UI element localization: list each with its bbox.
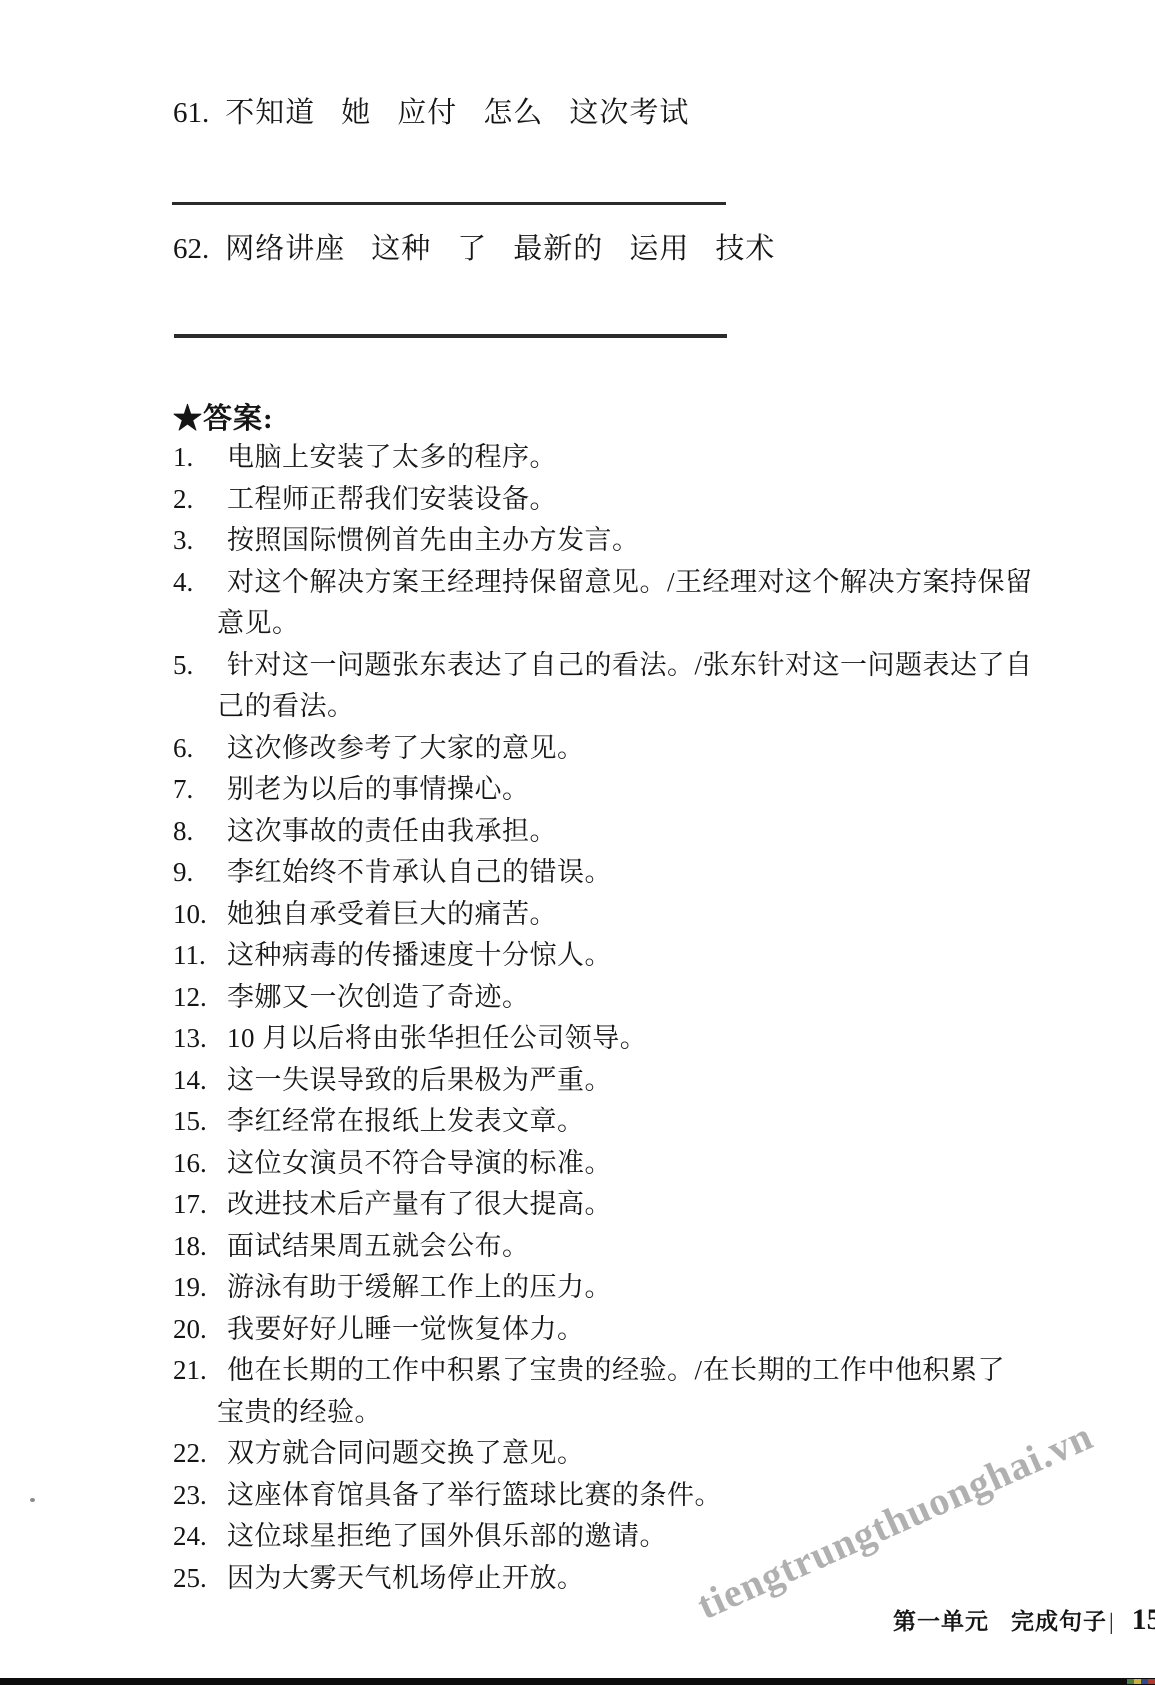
answer-text: 这位女演员不符合导演的标准。 — [227, 1148, 612, 1178]
answer-item: 12.李娜又一次创造了奇迹。 — [173, 977, 1133, 1019]
answer-line: 18.面试结果周五就会公布。 — [173, 1226, 1133, 1268]
answer-text: 这座体育馆具备了举行篮球比赛的条件。 — [227, 1480, 722, 1510]
answer-line: 8.这次事故的责任由我承担。 — [173, 811, 1133, 853]
answer-text: 针对这一问题张东表达了自己的看法。/张东针对这一问题表达了自 — [227, 650, 1033, 680]
answer-number: 2. — [173, 479, 227, 521]
exercise-number: 62. — [173, 233, 209, 266]
answer-line: 3.按照国际惯例首先由主办方发言。 — [173, 520, 1133, 562]
answer-line: 9.李红始终不肯承认自己的错误。 — [173, 852, 1133, 894]
page-footer: 第一单元 完成句子 | 15 — [893, 1603, 1155, 1637]
answer-text: 这次事故的责任由我承担。 — [227, 816, 557, 846]
exercise-item: 62.网络讲座这种了最新的运用技术 — [173, 226, 775, 267]
exercise-word: 技术 — [715, 226, 775, 267]
footer-section-label: 完成句子 — [1011, 1603, 1107, 1636]
answer-line: 17.改进技术后产量有了很大提高。 — [173, 1184, 1133, 1226]
answer-blank-line — [174, 334, 727, 338]
answers-header: ★答案: — [173, 396, 274, 437]
answer-item: 8.这次事故的责任由我承担。 — [173, 811, 1133, 853]
answer-line: 4.对这个解决方案王经理持保留意见。/王经理对这个解决方案持保留 — [173, 562, 1133, 604]
answer-item: 4.对这个解决方案王经理持保留意见。/王经理对这个解决方案持保留意见。 — [173, 562, 1133, 645]
answer-text: 游泳有助于缓解工作上的压力。 — [227, 1272, 612, 1302]
answer-item: 21.他在长期的工作中积累了宝贵的经验。/在长期的工作中他积累了宝贵的经验。 — [173, 1350, 1133, 1433]
answer-item: 6.这次修改参考了大家的意见。 — [173, 728, 1133, 770]
answer-number: 15. — [173, 1101, 227, 1143]
answer-item: 13.10 月以后将由张华担任公司领导。 — [173, 1018, 1133, 1060]
answer-text: 李红始终不肯承认自己的错误。 — [227, 857, 612, 887]
answer-item: 14.这一失误导致的后果极为严重。 — [173, 1060, 1133, 1102]
answer-item: 2.工程师正帮我们安装设备。 — [173, 479, 1133, 521]
answer-continuation-line: 意见。 — [173, 603, 1133, 645]
answer-line: 22.双方就合同问题交换了意见。 — [173, 1433, 1133, 1475]
answer-text: 电脑上安装了太多的程序。 — [227, 442, 557, 472]
answer-number: 16. — [173, 1143, 227, 1185]
answer-text: 工程师正帮我们安装设备。 — [227, 484, 557, 514]
exercise-word: 不知道 — [225, 90, 315, 131]
answer-text: 按照国际惯例首先由主办方发言。 — [227, 525, 640, 555]
answer-line: 14.这一失误导致的后果极为严重。 — [173, 1060, 1133, 1102]
page-number: 15 — [1132, 1603, 1155, 1637]
exercise-number: 61. — [173, 97, 209, 130]
answer-text: 这种病毒的传播速度十分惊人。 — [227, 940, 612, 970]
answer-line: 1.电脑上安装了太多的程序。 — [173, 437, 1133, 479]
answer-item: 3.按照国际惯例首先由主办方发言。 — [173, 520, 1133, 562]
answer-line: 20.我要好好儿睡一觉恢复体力。 — [173, 1309, 1133, 1351]
answer-text: 10 月以后将由张华担任公司领导。 — [227, 1023, 647, 1053]
answer-item: 23.这座体育馆具备了举行篮球比赛的条件。 — [173, 1475, 1133, 1517]
exercise-word: 网络讲座 — [225, 226, 345, 267]
answer-number: 11. — [173, 935, 227, 977]
answer-number: 20. — [173, 1309, 227, 1351]
answer-line: 11.这种病毒的传播速度十分惊人。 — [173, 935, 1133, 977]
answer-list: 1.电脑上安装了太多的程序。2.工程师正帮我们安装设备。3.按照国际惯例首先由主… — [173, 437, 1133, 1599]
answer-number: 24. — [173, 1516, 227, 1558]
answer-item: 22.双方就合同问题交换了意见。 — [173, 1433, 1133, 1475]
answer-line: 25.因为大雾天气机场停止开放。 — [173, 1558, 1133, 1600]
exercise-word: 了 — [457, 226, 487, 267]
answer-number: 9. — [173, 852, 227, 894]
answer-item: 18.面试结果周五就会公布。 — [173, 1226, 1133, 1268]
answer-number: 3. — [173, 520, 227, 562]
answer-item: 17.改进技术后产量有了很大提高。 — [173, 1184, 1133, 1226]
answer-number: 1. — [173, 437, 227, 479]
answer-text: 面试结果周五就会公布。 — [227, 1231, 530, 1261]
answer-text: 我要好好儿睡一觉恢复体力。 — [227, 1314, 585, 1344]
answer-number: 10. — [173, 894, 227, 936]
answer-line: 16.这位女演员不符合导演的标准。 — [173, 1143, 1133, 1185]
answer-item: 16.这位女演员不符合导演的标准。 — [173, 1143, 1133, 1185]
exercise-word: 怎么 — [483, 90, 543, 131]
footer-divider: | — [1109, 1609, 1114, 1635]
answer-text: 双方就合同问题交换了意见。 — [227, 1438, 585, 1468]
answer-line: 12.李娜又一次创造了奇迹。 — [173, 977, 1133, 1019]
answer-number: 23. — [173, 1475, 227, 1517]
answer-line: 13.10 月以后将由张华担任公司领导。 — [173, 1018, 1133, 1060]
answer-number: 8. — [173, 811, 227, 853]
answer-line: 6.这次修改参考了大家的意见。 — [173, 728, 1133, 770]
scan-color-artifact — [1127, 1679, 1155, 1684]
scan-bottom-bar — [0, 1678, 1155, 1685]
answer-number: 25. — [173, 1558, 227, 1600]
answer-text: 这位球星拒绝了国外俱乐部的邀请。 — [227, 1521, 667, 1551]
exercise-word: 这次考试 — [569, 90, 689, 131]
answer-item: 20.我要好好儿睡一觉恢复体力。 — [173, 1309, 1133, 1351]
answer-line: 2.工程师正帮我们安装设备。 — [173, 479, 1133, 521]
answer-line: 15.李红经常在报纸上发表文章。 — [173, 1101, 1133, 1143]
answer-line: 23.这座体育馆具备了举行篮球比赛的条件。 — [173, 1475, 1133, 1517]
answer-text: 这次修改参考了大家的意见。 — [227, 733, 585, 763]
textbook-page: tiengtrungthuonghai.vn 61.不知道她应付怎么这次考试62… — [0, 0, 1155, 1685]
answer-item: 7.别老为以后的事情操心。 — [173, 769, 1133, 811]
answer-item: 5.针对这一问题张东表达了自己的看法。/张东针对这一问题表达了自己的看法。 — [173, 645, 1133, 728]
answer-number: 17. — [173, 1184, 227, 1226]
answer-text: 别老为以后的事情操心。 — [227, 774, 530, 804]
answer-number: 7. — [173, 769, 227, 811]
answer-number: 14. — [173, 1060, 227, 1102]
exercise-word: 应付 — [397, 90, 457, 131]
answer-number: 13. — [173, 1018, 227, 1060]
exercise-word: 运用 — [629, 226, 689, 267]
answer-text: 改进技术后产量有了很大提高。 — [227, 1189, 612, 1219]
answer-number: 21. — [173, 1350, 227, 1392]
answer-line: 24.这位球星拒绝了国外俱乐部的邀请。 — [173, 1516, 1133, 1558]
answer-item: 25.因为大雾天气机场停止开放。 — [173, 1558, 1133, 1600]
exercise-word: 她 — [341, 90, 371, 131]
answer-number: 12. — [173, 977, 227, 1019]
answer-item: 11.这种病毒的传播速度十分惊人。 — [173, 935, 1133, 977]
footer-unit-label: 第一单元 — [893, 1603, 989, 1636]
exercise-item: 61.不知道她应付怎么这次考试 — [173, 90, 689, 131]
answer-blank-line — [172, 202, 726, 205]
answer-item: 19.游泳有助于缓解工作上的压力。 — [173, 1267, 1133, 1309]
answer-text: 李红经常在报纸上发表文章。 — [227, 1106, 585, 1136]
answer-continuation-line: 宝贵的经验。 — [173, 1392, 1133, 1434]
answer-text: 她独自承受着巨大的痛苦。 — [227, 899, 557, 929]
answer-line: 7.别老为以后的事情操心。 — [173, 769, 1133, 811]
answer-number: 5. — [173, 645, 227, 687]
answer-item: 1.电脑上安装了太多的程序。 — [173, 437, 1133, 479]
answer-continuation-line: 己的看法。 — [173, 686, 1133, 728]
exercise-word: 最新的 — [513, 226, 603, 267]
answer-text: 这一失误导致的后果极为严重。 — [227, 1065, 612, 1095]
answer-number: 18. — [173, 1226, 227, 1268]
exercise-word: 这种 — [371, 226, 431, 267]
answer-line: 10.她独自承受着巨大的痛苦。 — [173, 894, 1133, 936]
answer-line: 21.他在长期的工作中积累了宝贵的经验。/在长期的工作中他积累了 — [173, 1350, 1133, 1392]
answer-text: 他在长期的工作中积累了宝贵的经验。/在长期的工作中他积累了 — [227, 1355, 1005, 1385]
answer-item: 9.李红始终不肯承认自己的错误。 — [173, 852, 1133, 894]
page-content: 61.不知道她应付怎么这次考试62.网络讲座这种了最新的运用技术 ★答案: 1.… — [0, 0, 1155, 1685]
answer-item: 10.她独自承受着巨大的痛苦。 — [173, 894, 1133, 936]
answer-item: 24.这位球星拒绝了国外俱乐部的邀请。 — [173, 1516, 1133, 1558]
answer-item: 15.李红经常在报纸上发表文章。 — [173, 1101, 1133, 1143]
answer-line: 5.针对这一问题张东表达了自己的看法。/张东针对这一问题表达了自 — [173, 645, 1133, 687]
answer-text: 李娜又一次创造了奇迹。 — [227, 982, 530, 1012]
answer-number: 22. — [173, 1433, 227, 1475]
answer-number: 4. — [173, 562, 227, 604]
answer-line: 19.游泳有助于缓解工作上的压力。 — [173, 1267, 1133, 1309]
answer-text: 对这个解决方案王经理持保留意见。/王经理对这个解决方案持保留 — [227, 567, 1033, 597]
answer-number: 6. — [173, 728, 227, 770]
answer-number: 19. — [173, 1267, 227, 1309]
answer-text: 因为大雾天气机场停止开放。 — [227, 1563, 585, 1593]
